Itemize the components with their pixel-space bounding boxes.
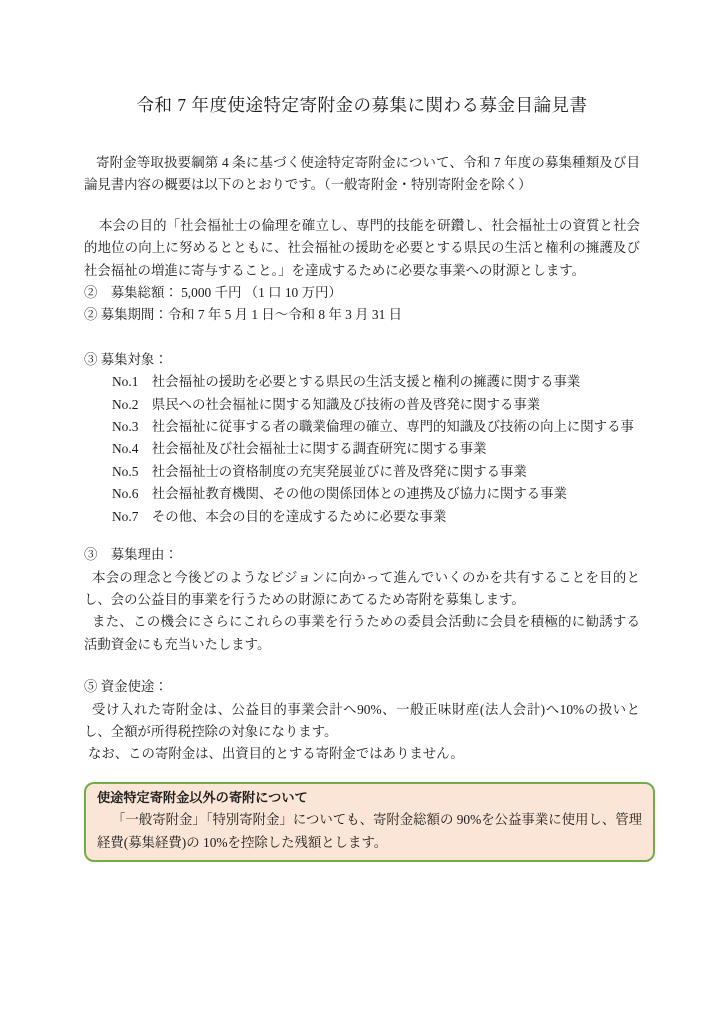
document-page: 令和 7 年度使途特定寄附金の募集に関わる募金目論見書 寄附金等取扱要綱第 4 … bbox=[0, 0, 724, 1024]
target-item-5: No.5 社会福祉士の資格制度の充実発展並びに普及啓発に関する事業 bbox=[112, 461, 640, 483]
target-list: No.1 社会福祉の援助を必要とする県民の生活支援と権利の擁護に関する事業 No… bbox=[84, 371, 640, 528]
total-amount-line: ② 募集総額： 5,000 千円 （1 口 10 万円） bbox=[84, 282, 640, 304]
target-item-2: No.2 県民への社会福祉に関する知識及び技術の普及啓発に関する事業 bbox=[112, 394, 640, 416]
reason-paragraph-2: また、この機会にさらにこれらの事業を行うための委員会活動に会員を積極的に勧誘する… bbox=[84, 611, 640, 656]
target-item-4: No.4 社会福祉及び社会福祉士に関する調査研究に関する事業 bbox=[112, 438, 640, 460]
usage-paragraph-1: 受け入れた寄附金は、公益目的事業会計へ90%、一般正味財産(法人会計)へ10%の… bbox=[84, 699, 640, 744]
reason-section: ③ 募集理由： 本会の理念と今後どのようなビジョンに向かって進んでいくのかを共有… bbox=[84, 544, 640, 656]
purpose-section: 本会の目的「社会福祉士の倫理を確立し、専門的技能を研鑽し、社会福祉士の資質と社会… bbox=[84, 215, 640, 305]
notice-box-title: 使途特定寄附金以外の寄附について bbox=[97, 787, 642, 809]
target-item-1: No.1 社会福祉の援助を必要とする県民の生活支援と権利の擁護に関する事業 bbox=[112, 371, 640, 393]
usage-section: ⑤ 資金使途： 受け入れた寄附金は、公益目的事業会計へ90%、一般正味財産(法人… bbox=[84, 676, 640, 766]
reason-heading: ③ 募集理由： bbox=[84, 544, 640, 566]
usage-heading: ⑤ 資金使途： bbox=[84, 676, 640, 698]
intro-paragraph: 寄附金等取扱要綱第 4 条に基づく使途特定寄附金について、令和 7 年度の募集種… bbox=[84, 152, 640, 197]
target-item-6: No.6 社会福祉教育機関、その他の関係団体との連携及び協力に関する事業 bbox=[112, 483, 640, 505]
page-title: 令和 7 年度使途特定寄附金の募集に関わる募金目論見書 bbox=[84, 92, 640, 118]
target-item-3: No.3 社会福祉に従事する者の職業倫理の確立、専門的知識及び技術の向上に関する… bbox=[112, 416, 640, 438]
target-item-7: No.7 その他、本会の目的を達成するために必要な事業 bbox=[112, 506, 640, 528]
period-line: ② 募集期間：令和 7 年 5 月 1 日～令和 8 年 3 月 31 日 bbox=[84, 304, 640, 326]
target-heading: ③ 募集対象： bbox=[84, 349, 640, 371]
reason-paragraph-1: 本会の理念と今後どのようなビジョンに向かって進んでいくのかを共有することを目的と… bbox=[84, 567, 640, 612]
notice-box: 使途特定寄附金以外の寄附について 「一般寄附金」「特別寄附金」についても、寄附金… bbox=[84, 782, 655, 862]
usage-paragraph-2: なお、この寄附金は、出資目的とする寄附金ではありません。 bbox=[84, 743, 640, 765]
purpose-paragraph: 本会の目的「社会福祉士の倫理を確立し、専門的技能を研鑽し、社会福祉士の資質と社会… bbox=[84, 215, 640, 282]
target-section: ③ 募集対象： No.1 社会福祉の援助を必要とする県民の生活支援と権利の擁護に… bbox=[84, 349, 640, 528]
notice-box-body: 「一般寄附金」「特別寄附金」についても、寄附金総額の 90%を公益事業に使用し、… bbox=[97, 809, 642, 854]
